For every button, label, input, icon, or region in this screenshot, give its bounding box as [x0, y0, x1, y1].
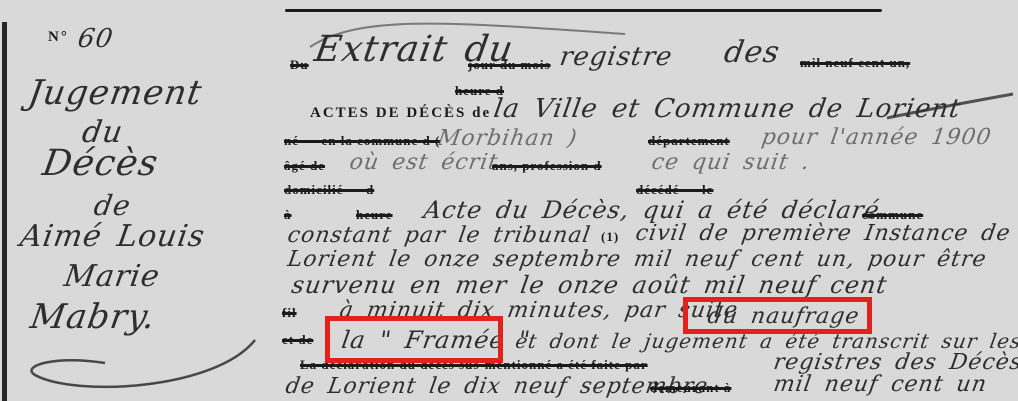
- handwritten-ou-est-ecrit: où est écrit: [348, 152, 500, 174]
- handwritten-des: des: [722, 38, 782, 68]
- printed-struck-departement: département: [648, 134, 730, 147]
- printed-struck-du: Du: [290, 58, 309, 71]
- handwritten-civil-premiere-instance: civil de première Instance de: [634, 223, 1012, 245]
- handwritten-registres-des-deces: registres des Décès: [772, 352, 1018, 374]
- margin-line-deces: Décès: [40, 146, 161, 182]
- handwritten-ville-commune-lorient: la Ville et Commune de Lorient: [492, 96, 963, 122]
- handwritten-survenu-en-mer: survenu en mer le onze août mil neuf cen…: [290, 273, 889, 297]
- handwritten-ce-qui-suit: ce qui suit .: [650, 152, 811, 174]
- top-rule: [285, 9, 882, 12]
- handwritten-mil-neuf-cent-un: mil neuf cent un: [772, 374, 989, 396]
- highlight-box-la-framee: [325, 316, 503, 363]
- printed-struck-ans-profession: ans, profession d: [492, 159, 602, 172]
- handwritten-pour-lannee-1900: pour l'année 1900: [760, 127, 993, 149]
- printed-struck-age-de: âgé de: [284, 159, 325, 172]
- margin-line-de: de: [92, 192, 133, 220]
- printed-footnote-1: (1): [601, 230, 619, 243]
- margin-line-firstnames: Aimé Louis: [18, 222, 207, 252]
- printed-struck-domicilie: domicilié — d: [284, 183, 374, 196]
- printed-struck-et-de: et de: [282, 333, 313, 346]
- left-margin-rule: [2, 22, 7, 401]
- handwritten-jugement-transcrit: et dont le jugement a été transcrit sur …: [514, 331, 1018, 351]
- printed-struck-fil: fil: [282, 306, 297, 319]
- death-record-scan: N° 60 Jugement du Décès de Aimé Louis Ma…: [0, 0, 1018, 401]
- printed-struck-jour-du-mois: jour du mois: [468, 58, 551, 71]
- printed-struck-ne-en-la-commune: né — en la commune d (: [284, 134, 440, 147]
- margin-line-jugement: Jugement: [26, 76, 205, 110]
- printed-struck-commune: commune: [862, 208, 923, 221]
- handwritten-constant-tribunal: constant par le tribunal: [286, 225, 592, 247]
- printed-acte-de-deces-heading: ACTES DE DÉCÈS de: [310, 106, 491, 121]
- record-number-value: 60: [76, 26, 115, 52]
- highlight-box-du-naufrage: [683, 297, 872, 334]
- printed-struck-a: à: [284, 208, 292, 221]
- printed-struck-mil-neuf-cent-un: mil neuf cent un,: [800, 56, 910, 69]
- printed-struck-demeurant-a: demeurant à: [650, 381, 731, 394]
- handwritten-lorient-onze-septembre: Lorient le onze septembre mil neuf cent …: [286, 249, 988, 271]
- handwritten-morbihan: Morbihan ): [436, 128, 579, 150]
- handwritten-registre: registre: [558, 44, 675, 70]
- margin-line-marie: Marie: [62, 262, 162, 292]
- flourish-signature-underline: [15, 335, 265, 395]
- handwritten-acte-du-deces-declare: Acte du Décès, qui a été déclaré: [422, 198, 882, 222]
- record-number-label: N°: [48, 30, 69, 45]
- printed-struck-decede-le: décédé — le: [636, 183, 713, 196]
- printed-struck-heure: heure: [356, 208, 393, 221]
- margin-line-surname: Mabry.: [28, 300, 158, 334]
- handwritten-de-lorient-dix-neuf-septembre: de Lorient le dix neuf septembre: [284, 376, 710, 398]
